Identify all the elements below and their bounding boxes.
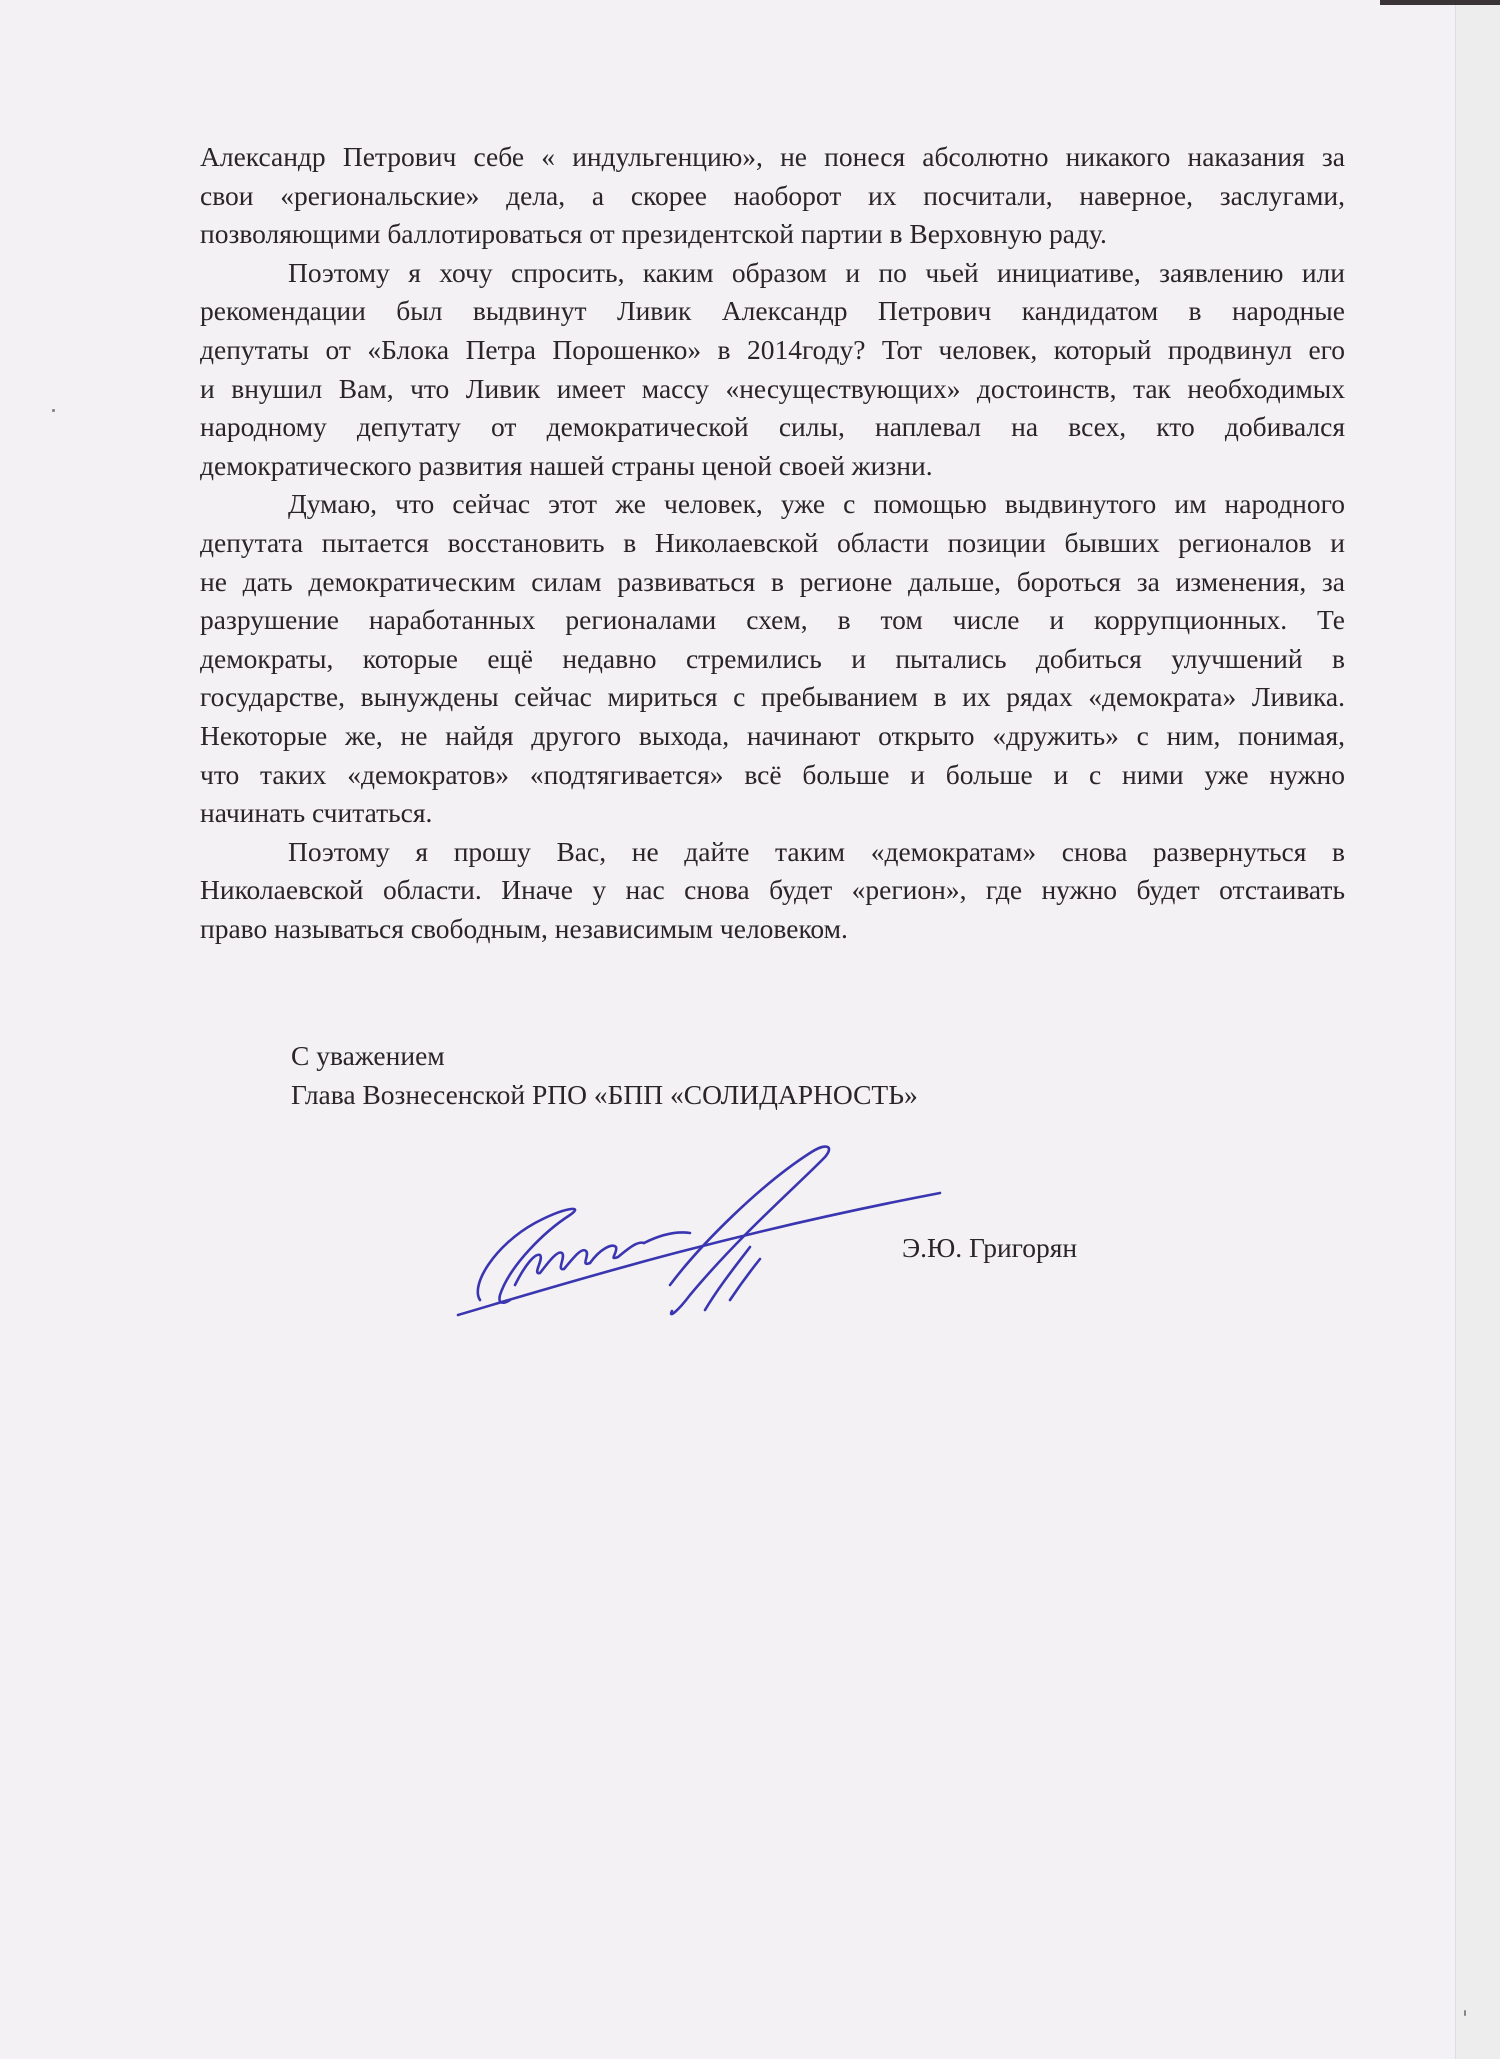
scan-speck (1464, 2010, 1466, 2016)
text-line: право называться свободным, независимым … (200, 910, 1345, 949)
text-line: что таких «демократов» «подтягивается» в… (200, 756, 1345, 795)
text-line: депутата пытается восстановить в Николае… (200, 524, 1345, 563)
paragraph-4: Поэтому я прошу Вас, не дайте таким «дем… (200, 833, 1345, 949)
text-line: Поэтому я хочу спросить, каким образом и… (200, 254, 1345, 293)
handwritten-signature (440, 1135, 960, 1335)
closing-block: С уважением Глава Вознесенской РПО «БПП … (291, 1037, 918, 1114)
text-line: свои «региональские» дела, а скорее наоб… (200, 177, 1345, 216)
text-line: депутаты от «Блока Петра Порошенко» в 20… (200, 331, 1345, 370)
text-line: Думаю, что сейчас этот же человек, уже с… (200, 485, 1345, 524)
salutation: С уважением (291, 1037, 918, 1076)
text-line: государстве, вынуждены сейчас мириться с… (200, 678, 1345, 717)
signer-position: Глава Вознесенской РПО «БПП «СОЛИДАРНОСТ… (291, 1076, 918, 1115)
text-line: Некоторые же, не найдя другого выхода, н… (200, 717, 1345, 756)
scan-speck (52, 409, 55, 412)
text-line: Николаевской области. Иначе у нас снова … (200, 871, 1345, 910)
text-line: демократы, которые ещё недавно стремилис… (200, 640, 1345, 679)
text-line: не дать демократическим силам развиватьс… (200, 563, 1345, 602)
text-line: начинать считаться. (200, 794, 1345, 833)
scan-top-edge (1380, 0, 1500, 5)
text-line: Александр Петрович себе « индульгенцию»,… (200, 138, 1345, 177)
text-line: разрушение наработанных регионалами схем… (200, 601, 1345, 640)
letter-body: Александр Петрович себе « индульгенцию»,… (200, 138, 1345, 948)
text-line: демократического развития нашей страны ц… (200, 447, 1345, 486)
text-line: позволяющими баллотироваться от президен… (200, 215, 1345, 254)
text-line: народному депутату от демократической си… (200, 408, 1345, 447)
paragraph-2: Поэтому я хочу спросить, каким образом и… (200, 254, 1345, 486)
paragraph-3: Думаю, что сейчас этот же человек, уже с… (200, 485, 1345, 832)
text-line: рекомендации был выдвинут Ливик Александ… (200, 292, 1345, 331)
signer-name: Э.Ю. Григорян (902, 1232, 1077, 1264)
scan-edge-strip (1455, 0, 1500, 2059)
text-line: Поэтому я прошу Вас, не дайте таким «дем… (200, 833, 1345, 872)
paragraph-1: Александр Петрович себе « индульгенцию»,… (200, 138, 1345, 254)
text-line: и внушил Вам, что Ливик имеет массу «нес… (200, 370, 1345, 409)
